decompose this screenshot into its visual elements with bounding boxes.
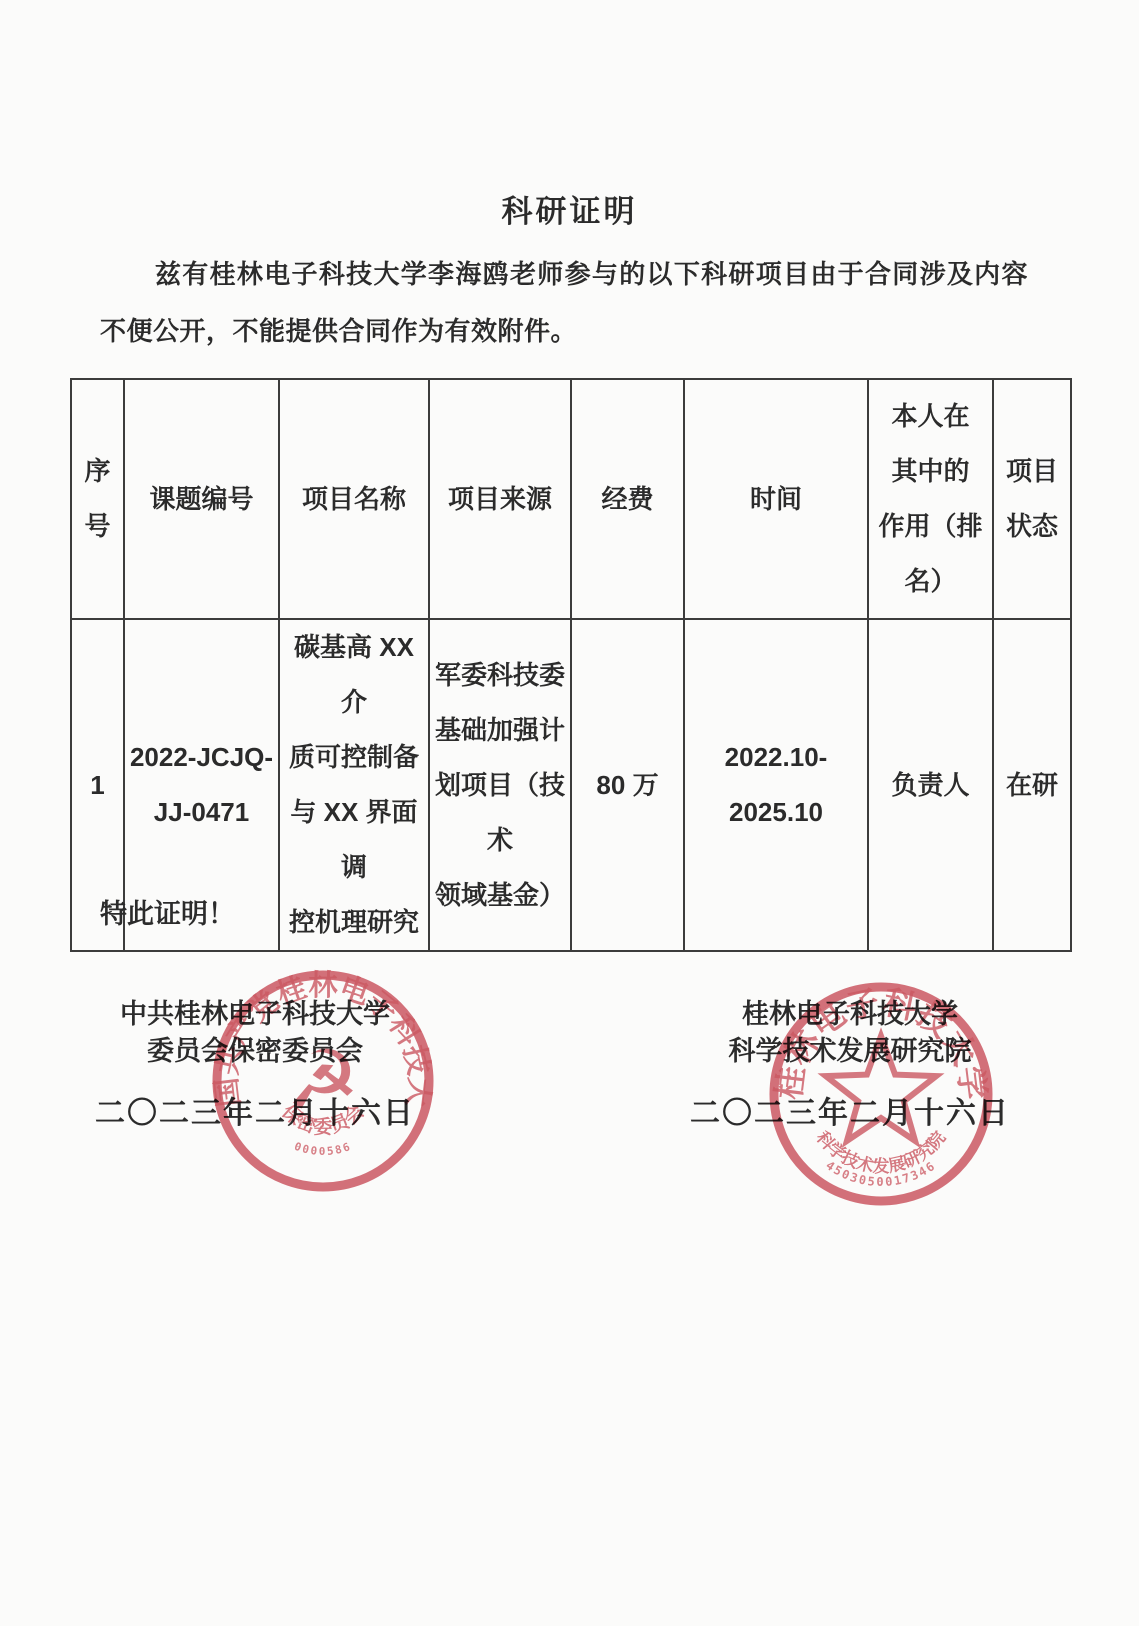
column-header-seq-no: 序 号 xyxy=(71,379,124,619)
table-header-row: 序 号 课题编号 项目名称 项目来源 经费 时间 本人在 其中的 作用（排 名）… xyxy=(71,379,1071,619)
document-body-paragraph: 兹有桂林电子科技大学李海鸥老师参与的以下科研项目由于合同涉及内容不便公开，不能提… xyxy=(100,246,1028,360)
column-header-status: 项目 状态 xyxy=(993,379,1071,619)
star-icon xyxy=(826,1036,936,1141)
official-seal-research-institute: 桂林电子科技大学 科学技术发展研究院 4503050017346 xyxy=(761,974,1001,1214)
document-page: 科研证明 兹有桂林电子科技大学李海鸥老师参与的以下科研项目由于合同涉及内容不便公… xyxy=(0,0,1139,1626)
cell-project-name: 碳基高 XX 介 质可控制备 与 XX 界面调 控机理研究 xyxy=(279,619,429,951)
column-header-project-number: 课题编号 xyxy=(124,379,279,619)
column-header-project-source: 项目来源 xyxy=(429,379,571,619)
research-projects-table: 序 号 课题编号 项目名称 项目来源 经费 时间 本人在 其中的 作用（排 名）… xyxy=(70,378,1072,952)
cell-status: 在研 xyxy=(993,619,1071,951)
column-header-role: 本人在 其中的 作用（排 名） xyxy=(868,379,993,619)
document-title: 科研证明 xyxy=(0,186,1139,231)
seal-serial-number: 0000586 xyxy=(293,1140,354,1158)
column-header-project-name: 项目名称 xyxy=(279,379,429,619)
column-header-time: 时间 xyxy=(684,379,868,619)
cell-time: 2022.10- 2025.10 xyxy=(684,619,868,951)
column-header-funding: 经费 xyxy=(571,379,684,619)
official-seal-party-committee: 中国共产党桂林电子科技大学 ☭ 保密委员会 0000586 xyxy=(203,961,443,1201)
cell-role: 负责人 xyxy=(868,619,993,951)
closing-statement: 特此证明！ xyxy=(100,892,235,931)
cell-funding: 80 万 xyxy=(571,619,684,951)
cell-project-source: 军委科技委 基础加强计 划项目（技术 领域基金） xyxy=(429,619,571,951)
